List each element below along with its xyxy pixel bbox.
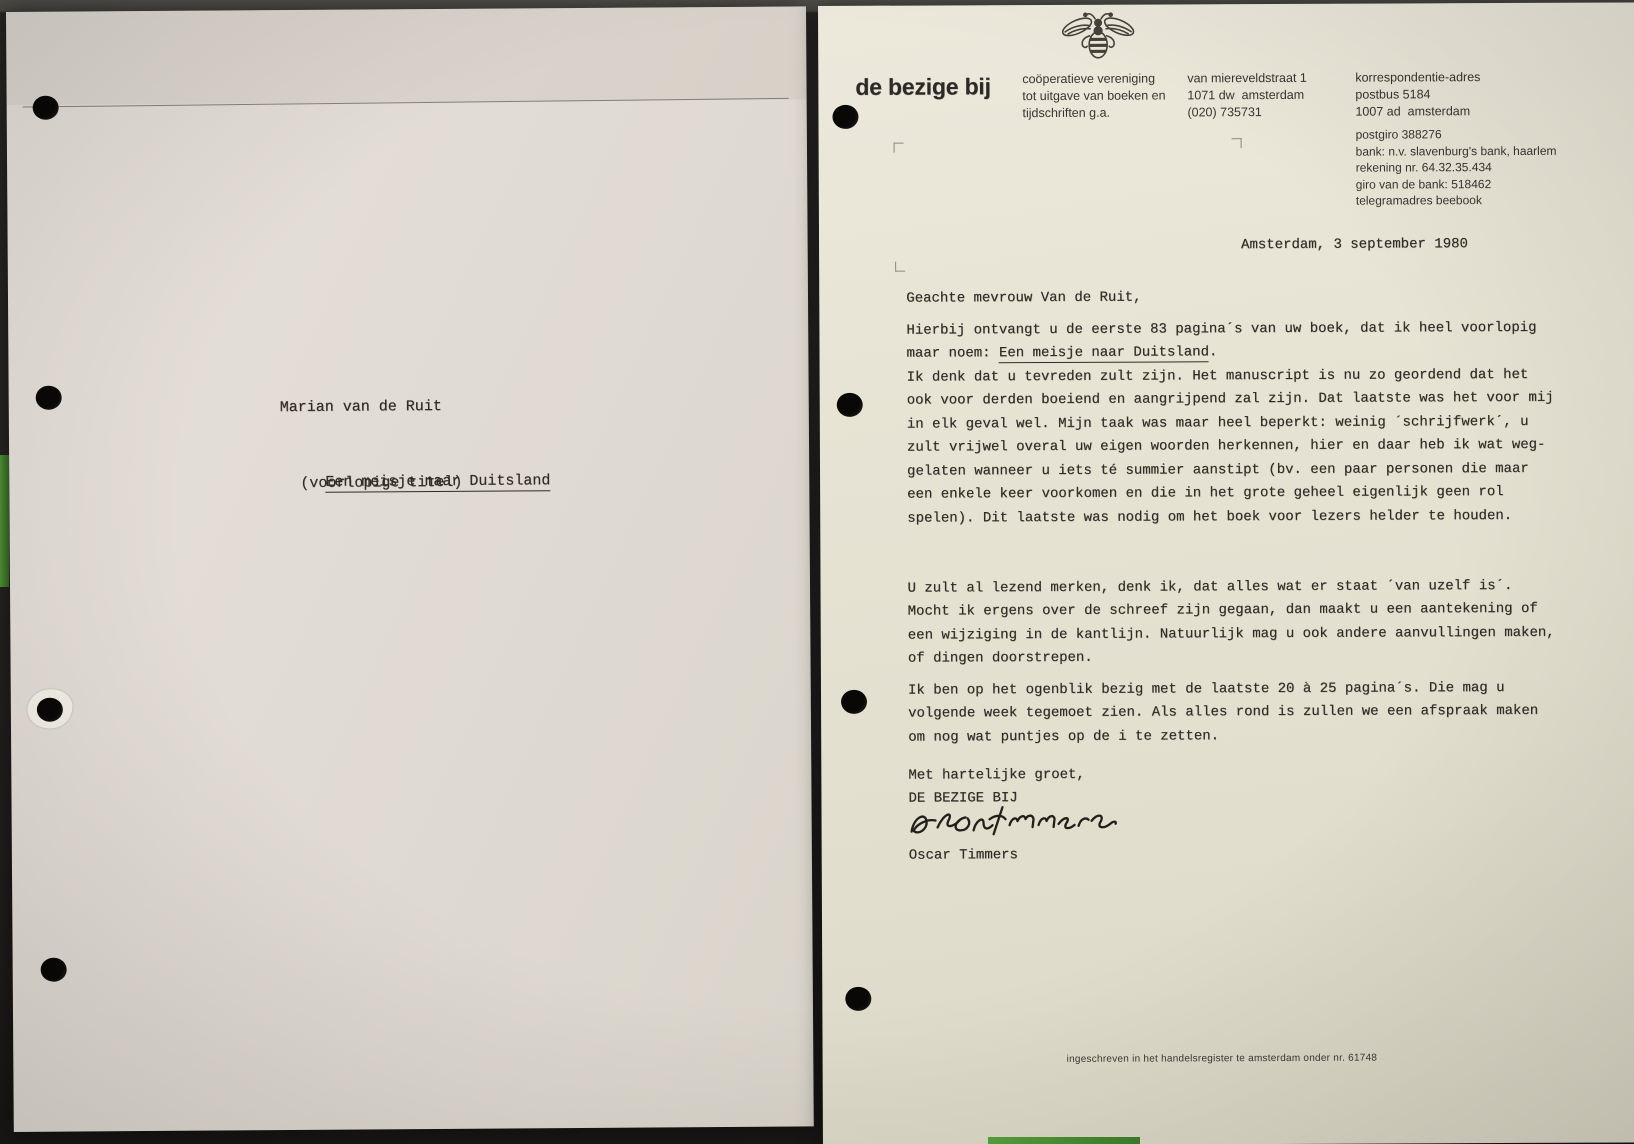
letter-line: om nog wat puntjes op de i te zetten. [908, 724, 1538, 750]
punch-hole [33, 96, 59, 120]
letterhead-line: giro van de bank: 518462 [1356, 175, 1557, 192]
page-top-shading [6, 6, 807, 105]
letterhead-line: tot uitgave van boeken en [1022, 87, 1165, 105]
publisher-brand: de bezige bij [855, 73, 991, 101]
book-title-underlined: Een meisje naar Duitsland [999, 344, 1209, 363]
letterhead-line: postbus 5184 [1355, 86, 1480, 104]
letter-line: een wijziging in de kantlijn. Natuurlijk… [908, 622, 1555, 648]
letterhead-line: rekening nr. 64.32.35.434 [1356, 159, 1557, 176]
letterhead-postal-address: korrespondentie-adrespostbus 51841007 ad… [1355, 69, 1480, 121]
letter-salutation: Geachte mevrouw Van de Ruit, [906, 287, 1141, 311]
green-folder-edge-left [0, 455, 9, 587]
signature [903, 797, 1121, 850]
paragraph-1: Ik denk dat u tevreden zult zijn. Het ma… [907, 364, 1555, 531]
letter-line-with-title: maar noem: Een meisje naar Duitsland. [906, 341, 1217, 366]
letter-line: in elk geval wel. Mijn taak was maar hee… [907, 411, 1554, 437]
letter-line: Hierbij ontvangt u de eerste 83 pagina´s… [906, 317, 1536, 343]
fold-mark-bottom-left [895, 262, 905, 272]
letterhead-line: (020) 735731 [1187, 104, 1307, 122]
bee-icon [1058, 11, 1138, 63]
paragraph-3: Ik ben op het ogenblik bezig met de laat… [908, 677, 1538, 750]
manuscript-subtitle: (voorlopige titel) [300, 471, 462, 495]
letter-line: spelen). Dit laatste was nodig om het bo… [907, 505, 1554, 531]
fold-mark-top-left [894, 143, 904, 153]
letterhead-bank-details: postgiro 388276bank: n.v. slavenburg's b… [1356, 126, 1557, 209]
letterhead-organisation: coöperatieve verenigingtot uitgave van b… [1022, 70, 1165, 122]
letterhead-line: tijdschriften g.a. [1022, 104, 1165, 122]
punch-hole [37, 698, 63, 722]
letterhead-line: korrespondentie-adres [1355, 69, 1480, 87]
paragraph-2: U zult al lezend merken, denk ik, dat al… [907, 575, 1554, 672]
letter-line: Mocht ik ergens over de schreef zijn geg… [908, 598, 1555, 624]
punch-hole [845, 987, 871, 1011]
green-folder-edge-bottom [988, 1137, 1140, 1144]
letter-line: gelaten wanneer u iets té summier aansti… [907, 458, 1554, 484]
punch-hole [41, 958, 67, 982]
title-page: Marian van de Ruit Een meisje naar Duits… [6, 6, 814, 1132]
letterhead-line: coöperatieve vereniging [1022, 70, 1165, 88]
letterhead-line: 1071 dw amsterdam [1187, 87, 1307, 105]
letter-line: een enkele keer voorkomen en die in het … [907, 481, 1554, 507]
line-prefix: maar noem: [906, 345, 998, 361]
letterhead-line: van miereveldstraat 1 [1187, 70, 1307, 88]
letter-line: of dingen doorstrepen. [908, 645, 1555, 671]
letterhead-line: 1007 ad amsterdam [1355, 103, 1480, 121]
manuscript-author: Marian van de Ruit [280, 395, 442, 419]
line-suffix: . [1209, 344, 1217, 360]
trade-register-footer: ingeschreven in het handelsregister te a… [1067, 1053, 1378, 1065]
letterhead-street-address: van miereveldstraat 11071 dw amsterdam(0… [1187, 70, 1307, 122]
punch-hole [832, 105, 858, 129]
letter-page: de bezige bij coöperatieve verenigingtot… [818, 2, 1634, 1144]
letter-line: ook voor derden boeiend en aangrijpend z… [907, 387, 1554, 413]
letter-closing: Met hartelijke groet, [908, 764, 1085, 788]
punch-hole [36, 386, 62, 410]
letter-line: Ik ben op het ogenblik bezig met de laat… [908, 677, 1538, 703]
letterhead-line: bank: n.v. slavenburg's bank, haarlem [1356, 142, 1557, 159]
signatory-name: Oscar Timmers [909, 844, 1018, 868]
punch-hole [841, 690, 867, 714]
punch-hole [837, 393, 863, 417]
letter-line: U zult al lezend merken, denk ik, dat al… [907, 575, 1554, 601]
letterhead-line: postgiro 388276 [1356, 126, 1557, 143]
letter-dateline: Amsterdam, 3 september 1980 [1241, 233, 1468, 257]
letter-line: Ik denk dat u tevreden zult zijn. Het ma… [907, 364, 1554, 390]
photo-scene: Marian van de Ruit Een meisje naar Duits… [0, 0, 1634, 1144]
letterhead-line: telegramadres beebook [1356, 192, 1557, 209]
letter-line: zult vrijwel overal uw eigen woorden her… [907, 434, 1554, 460]
fold-mark-top-right [1232, 138, 1242, 148]
letter-line: volgende week tegemoet zien. Als alles r… [908, 700, 1538, 726]
